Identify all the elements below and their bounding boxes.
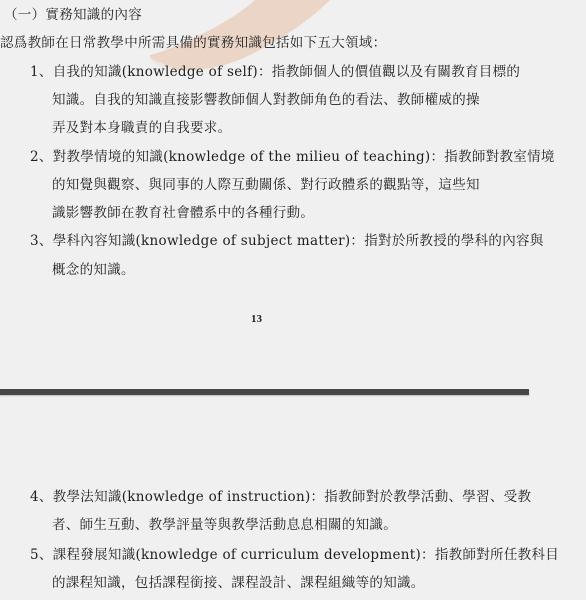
list-item-line: 4、教學法知識(knowledge of instruction)：指教師對於教…: [30, 487, 531, 507]
list-item-line: 弄及對本身職責的自我要求。: [52, 118, 231, 138]
list-item-line: 識影響教師在教育社會體系中的各種行動。: [52, 203, 314, 223]
page-break-divider: [0, 389, 529, 395]
list-item-line: 1、自我的知識(knowledge of self)：指教師個人的價值觀以及有關…: [30, 62, 520, 82]
list-item-line: 3、學科內容知識(knowledge of subject matter)：指對…: [30, 231, 544, 251]
list-item-line: 概念的知識。: [52, 260, 135, 280]
list-item-line: 者、師生互動、教學評量等與教學活動息息相關的知識。: [52, 515, 397, 535]
section-heading: （一）實務知識的內容: [4, 5, 142, 25]
intro-paragraph: 認爲教師在日常教學中所需具備的實務知識包括如下五大領域：: [0, 33, 386, 53]
list-item-line: 2、對教學情境的知識(knowledge of the milieu of te…: [30, 147, 555, 167]
list-item-line: 的知覺與觀察、與同事的人際互動關係、對行政體系的觀點等，這些知: [52, 175, 480, 195]
list-item-line: 5、課程發展知識(knowledge of curriculum develop…: [30, 545, 559, 565]
list-item-line: 的課程知識，包括課程銜接、課程設計、課程組織等的知識。: [52, 573, 425, 593]
page-number: 13: [251, 313, 262, 325]
list-item-line: 知識。自我的知識直接影響教師個人對教師角色的看法、教師權威的操: [52, 90, 480, 110]
